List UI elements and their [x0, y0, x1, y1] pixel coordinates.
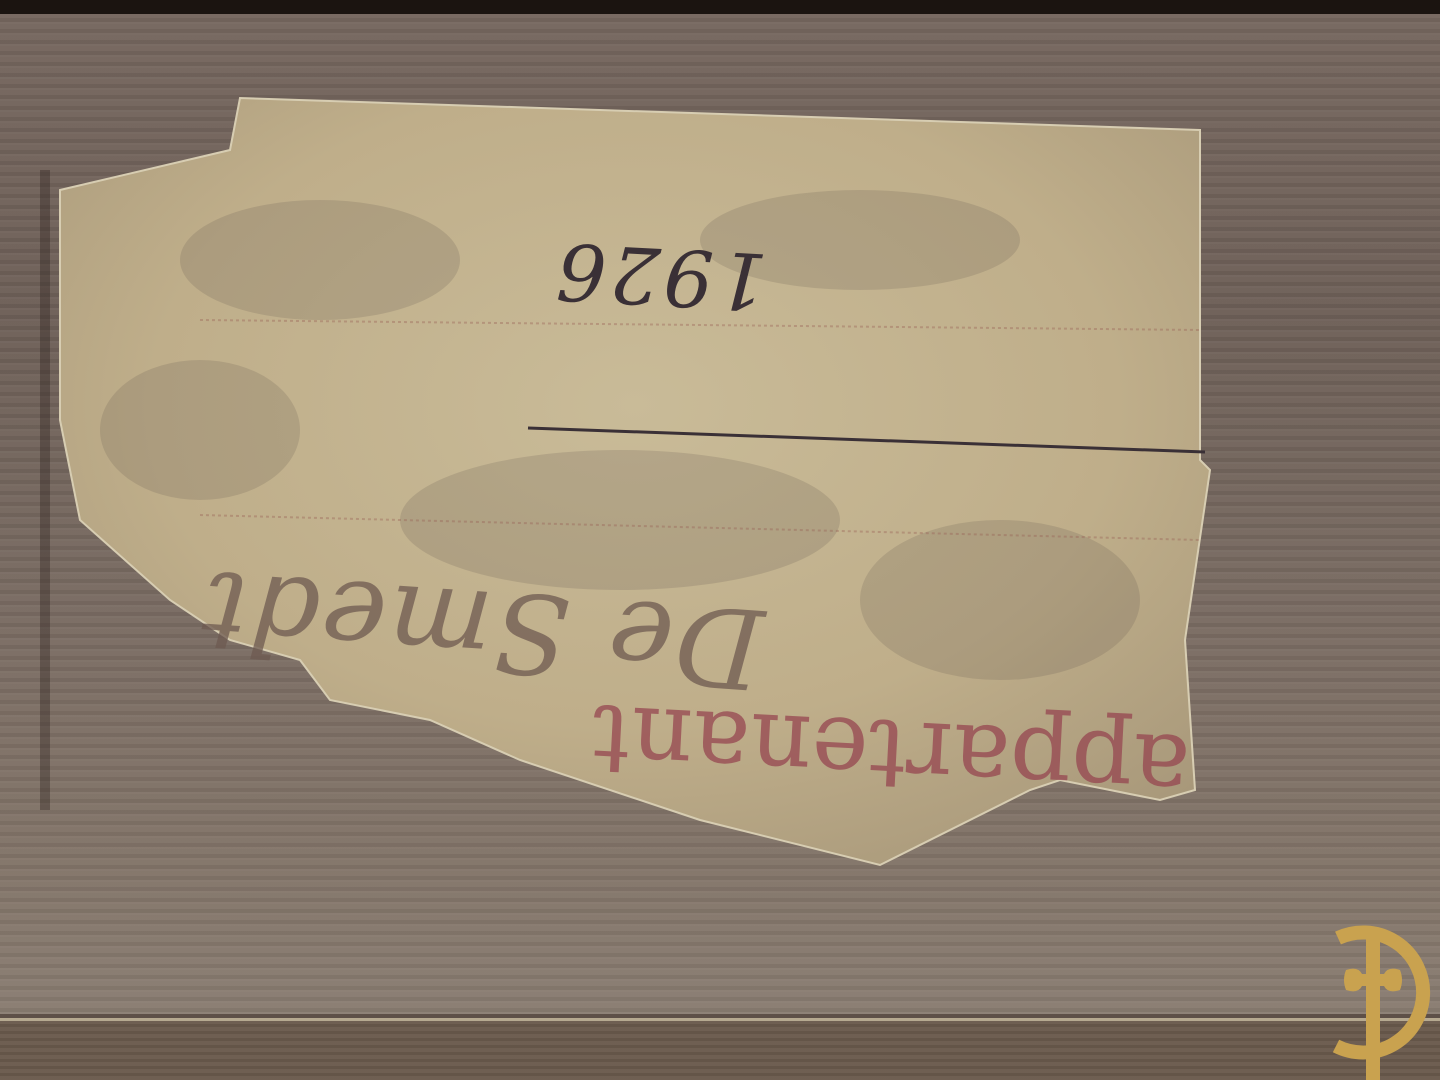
photo-scene: 1926 De Smedt appartenant [0, 0, 1440, 1080]
handwritten-year: 1926 [538, 219, 783, 331]
paper-label: 1926 De Smedt appartenant [0, 0, 1440, 1080]
auction-house-logo-icon [1318, 918, 1440, 1080]
